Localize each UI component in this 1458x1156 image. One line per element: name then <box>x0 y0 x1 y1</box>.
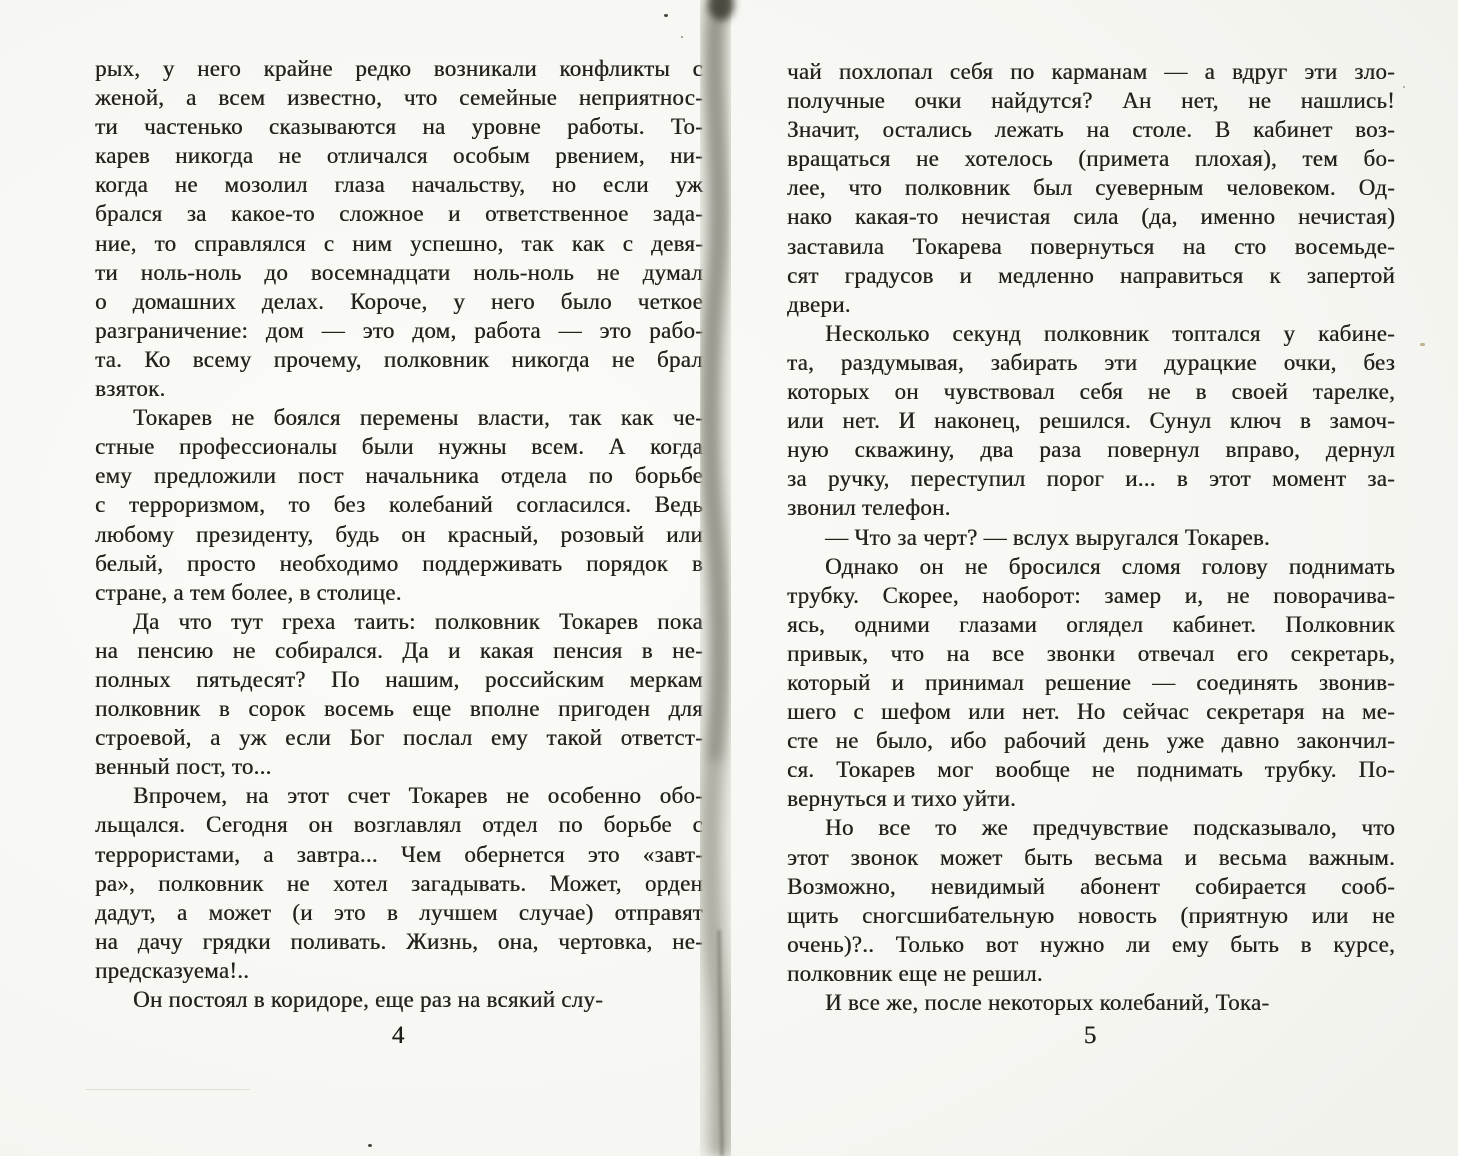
text-line: Значит, остались лежать на столе. В каби… <box>787 115 1395 144</box>
text-line: карев никогда не отличался особым рвение… <box>95 141 703 170</box>
text-line: заставила Токарева повернуться на сто во… <box>787 232 1395 261</box>
text-line: получные очки найдутся? Ан нет, не нашли… <box>787 86 1395 115</box>
paragraph: Да что тут греха таить: полковник Токаре… <box>95 607 703 782</box>
paragraph: — Что за черт? — вслух выругался Токарев… <box>787 523 1395 552</box>
dust-speck <box>664 14 668 17</box>
page-right-number: 5 <box>1030 1022 1150 1050</box>
text-line: взяток. <box>95 374 703 403</box>
text-line: белый, просто необходимо поддерживать по… <box>95 549 703 578</box>
text-line: Да что тут греха таить: полковник Токаре… <box>95 607 703 636</box>
text-line: сят градусов и медленно направиться к за… <box>787 261 1395 290</box>
text-line: Несколько секунд полковник топтался у ка… <box>787 319 1395 348</box>
text-line: террористами, а завтра... Чем обернется … <box>95 840 703 869</box>
text-line: ную скважину, два раза повернул вправо, … <box>787 435 1395 464</box>
text-line: та. Ко всему прочему, полковник никогда … <box>95 345 703 374</box>
text-line: вращаться не хотелось (примета плохая), … <box>787 144 1395 173</box>
text-line: на дачу грядки поливать. Жизнь, она, чер… <box>95 927 703 956</box>
text-line: звонил телефон. <box>787 493 1395 522</box>
text-line: о домашних делах. Короче, у него было че… <box>95 287 703 316</box>
page-right-text: чай похлопал себя по карманам — а вдруг … <box>787 57 1395 1017</box>
paragraph: Несколько секунд полковник топтался у ка… <box>787 319 1395 523</box>
text-line: которых он чувствовал себя не в своей та… <box>787 377 1395 406</box>
text-line: ему предложили пост начальника отдела по… <box>95 461 703 490</box>
text-line: двери. <box>787 290 1395 319</box>
book-scan: рых, у него крайне редко возникали конфл… <box>0 0 1458 1156</box>
text-line: или нет. И наконец, решился. Сунул ключ … <box>787 406 1395 435</box>
text-line: рых, у него крайне редко возникали конфл… <box>95 54 703 83</box>
text-line: ясь, одними глазами оглядел кабинет. Пол… <box>787 610 1395 639</box>
text-line: брался за какое-то сложное и ответственн… <box>95 199 703 228</box>
paragraph: рых, у него крайне редко возникали конфл… <box>95 54 703 403</box>
text-line: сте не было, ибо рабочий день уже давно … <box>787 726 1395 755</box>
text-line: строевой, а уж если Бог послал ему такой… <box>95 723 703 752</box>
text-line: ра», полковник не хотел загадывать. Може… <box>95 869 703 898</box>
text-line: полковник еще не решил. <box>787 959 1395 988</box>
text-line: женой, а всем известно, что семейные неп… <box>95 83 703 112</box>
paragraph: Он постоял в коридоре, еще раз на всякий… <box>95 985 703 1014</box>
text-line: венный пост, то... <box>95 752 703 781</box>
text-line: ние, то справлялся с ним успешно, так ка… <box>95 229 703 258</box>
paragraph: Впрочем, на этот счет Токарев не особенн… <box>95 781 703 985</box>
text-line: этот звонок может быть весьма и весьма в… <box>787 843 1395 872</box>
text-line: очень)?.. Только вот нужно ли ему быть в… <box>787 930 1395 959</box>
text-line: любому президенту, будь он красный, розо… <box>95 520 703 549</box>
text-line: полковник в сорок восемь еще вполне приг… <box>95 694 703 723</box>
text-line: с терроризмом, то без колебаний согласил… <box>95 490 703 519</box>
text-line: Токарев не боялся перемены власти, так к… <box>95 403 703 432</box>
text-line: И все же, после некоторых колебаний, Ток… <box>787 988 1395 1017</box>
text-line: нако какая-то нечистая сила (да, именно … <box>787 202 1395 231</box>
text-line: дадут, а может (и это в лучшем случае) о… <box>95 898 703 927</box>
text-line: — Что за черт? — вслух выругался Токарев… <box>787 523 1395 552</box>
text-line: предсказуема!.. <box>95 956 703 985</box>
text-line: когда не мозолил глаза начальству, но ес… <box>95 170 703 199</box>
text-line: льщался. Сегодня он возглавлял отдел по … <box>95 810 703 839</box>
paragraph: Токарев не боялся перемены власти, так к… <box>95 403 703 607</box>
text-line: щить сногсшибательную новость (приятную … <box>787 901 1395 930</box>
dust-speck <box>368 1144 372 1147</box>
page-left-text: рых, у него крайне редко возникали конфл… <box>95 54 703 1014</box>
text-line: Впрочем, на этот счет Токарев не особенн… <box>95 781 703 810</box>
text-line: ти ноль-ноль до восемнадцати ноль-ноль н… <box>95 258 703 287</box>
text-line: который и принимал решение — соединять з… <box>787 668 1395 697</box>
text-line: стные профессионалы были нужны всем. А к… <box>95 432 703 461</box>
text-line: шего с шефом или нет. Но сейчас секретар… <box>787 697 1395 726</box>
dust-speck <box>681 36 683 38</box>
text-line: Однако он не бросился сломя голову подни… <box>787 552 1395 581</box>
text-line: Возможно, невидимый абонент собирается с… <box>787 872 1395 901</box>
text-line: чай похлопал себя по карманам — а вдруг … <box>787 57 1395 86</box>
dust-speck <box>1403 86 1405 88</box>
paragraph: И все же, после некоторых колебаний, Ток… <box>787 988 1395 1017</box>
text-line: та, раздумывая, забирать эти дурацкие оч… <box>787 348 1395 377</box>
scan-fold-line <box>85 1089 250 1090</box>
text-line: стране, а тем более, в столице. <box>95 578 703 607</box>
text-line: трубку. Скорее, наоборот: замер и, не по… <box>787 581 1395 610</box>
paragraph: чай похлопал себя по карманам — а вдруг … <box>787 57 1395 319</box>
paragraph: Однако он не бросился сломя голову подни… <box>787 552 1395 814</box>
text-line: разграничение: дом — это дом, работа — э… <box>95 316 703 345</box>
dust-speck <box>1420 343 1425 346</box>
text-line: ти частенько сказываются на уровне работ… <box>95 112 703 141</box>
page-left-number: 4 <box>338 1022 458 1050</box>
text-line: ся. Токарев мог вообще не поднимать труб… <box>787 755 1395 784</box>
text-line: за ручку, переступил порог и... в этот м… <box>787 464 1395 493</box>
text-line: лее, что полковник был суеверным человек… <box>787 173 1395 202</box>
text-line: привык, что на все звонки отвечал его се… <box>787 639 1395 668</box>
paragraph: Но все то же предчувствие подсказывало, … <box>787 813 1395 988</box>
text-line: на пенсию не собирался. Да и какая пенси… <box>95 636 703 665</box>
text-line: Но все то же предчувствие подсказывало, … <box>787 813 1395 842</box>
text-line: Он постоял в коридоре, еще раз на всякий… <box>95 985 703 1014</box>
text-line: полных пятьдесят? По нашим, российским м… <box>95 665 703 694</box>
text-line: вернуться и тихо уйти. <box>787 784 1395 813</box>
